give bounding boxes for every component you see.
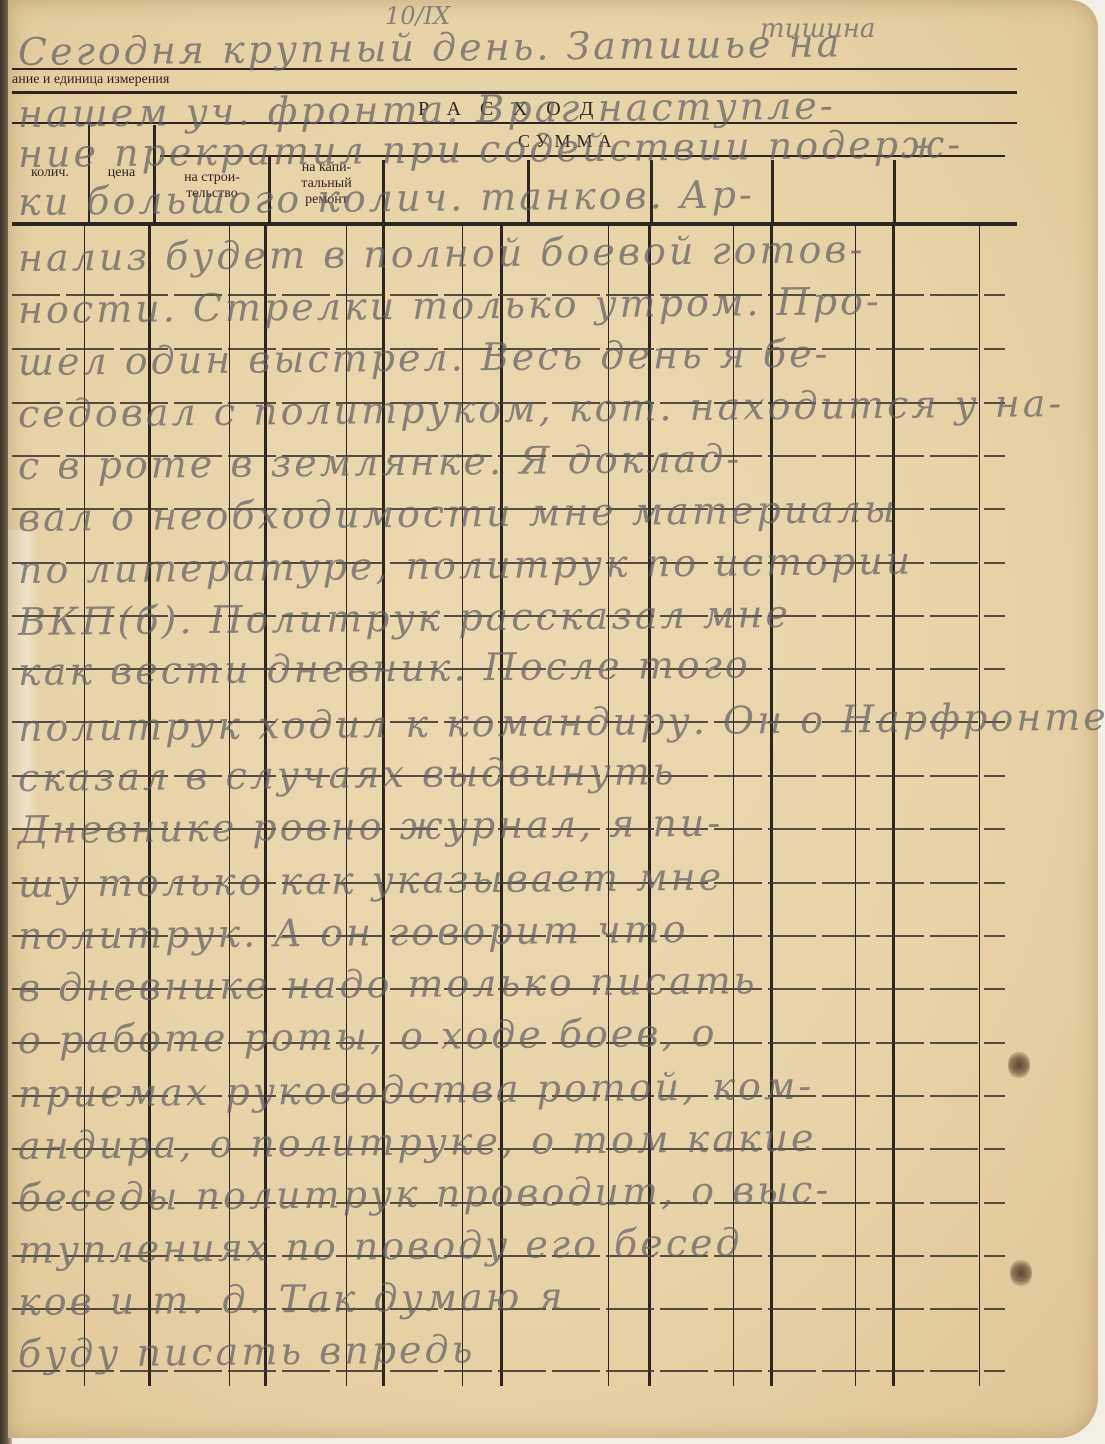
- header-bottom-rule: [12, 222, 1017, 226]
- top-caption: ание и единица измерения: [12, 72, 169, 88]
